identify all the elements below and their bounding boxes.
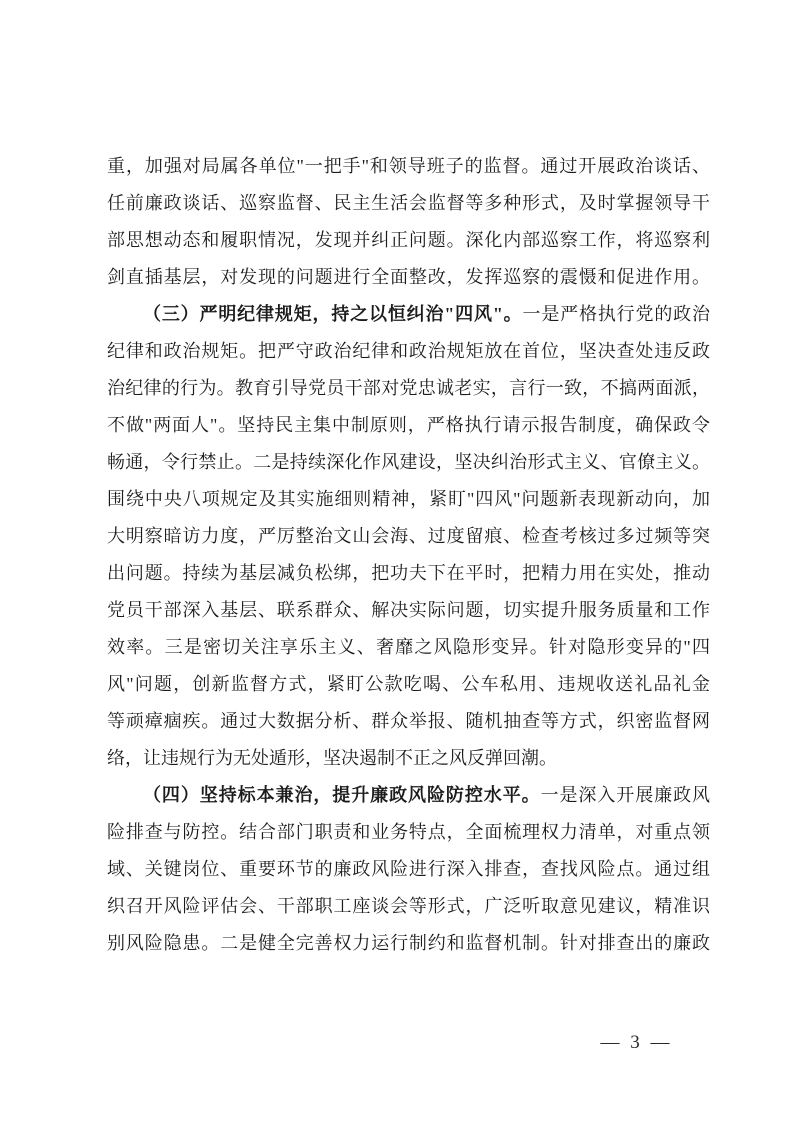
text-line: 重，加强对局属各单位"一把手"和领导班子的监督。通过开展政治谈话、 — [107, 148, 710, 185]
text-line: 任前廉政谈话、巡察监督、民主生活会监督等多种形式，及时掌握领导干 — [107, 185, 710, 222]
text-line: 风"问题，创新监督方式，紧盯公款吃喝、公车私用、违规收送礼品礼金 — [107, 666, 710, 703]
text-line: 党员干部深入基层、联系群众、解决实际问题，切实提升服务质量和工作 — [107, 592, 710, 629]
section-heading: （四）坚持标本兼治，提升廉政风险防控水平。 — [143, 785, 541, 805]
section-heading: （三）严明纪律规矩，持之以恒纠治"四风"。 — [143, 304, 523, 324]
text-line: 域、关键岗位、重要环节的廉政风险进行深入排查，查找风险点。通过组 — [107, 851, 710, 888]
text-line: 络，让违规行为无处遁形，坚决遏制不正之风反弹回潮。 — [107, 740, 710, 777]
document-body: 重，加强对局属各单位"一把手"和领导班子的监督。通过开展政治谈话、 任前廉政谈话… — [107, 148, 710, 962]
heading-line-rest: 一是深入开展廉政风 — [541, 785, 710, 805]
text-line: 畅通，令行禁止。二是持续深化作风建设，坚决纠治形式主义、官僚主义。 — [107, 444, 710, 481]
text-line: 剑直插基层，对发现的问题进行全面整改，发挥巡察的震慑和促进作用。 — [107, 259, 710, 296]
text-line: 险排查与防控。结合部门职责和业务特点，全面梳理权力清单，对重点领 — [107, 814, 710, 851]
text-line: 围绕中央八项规定及其实施细则精神，紧盯"四风"问题新表现新动向，加 — [107, 481, 710, 518]
document-page: 重，加强对局属各单位"一把手"和领导班子的监督。通过开展政治谈话、 任前廉政谈话… — [0, 0, 793, 1122]
heading-line-rest: 一是严格执行党的政治 — [523, 304, 711, 324]
text-line: 大明察暗访力度，严厉整治文山会海、过度留痕、检查考核过多过频等突 — [107, 518, 710, 555]
text-line: 部思想动态和履职情况，发现并纠正问题。深化内部巡察工作，将巡察利 — [107, 222, 710, 259]
text-line: 出问题。持续为基层减负松绑，把功夫下在平时，把精力用在实处，推动 — [107, 555, 710, 592]
text-line: （四）坚持标本兼治，提升廉政风险防控水平。一是深入开展廉政风 — [107, 777, 710, 814]
page-number: — 3 — — [575, 1029, 695, 1057]
text-line: 别风险隐患。二是健全完善权力运行制约和监督机制。针对排查出的廉政 — [107, 925, 710, 962]
text-line: 效率。三是密切关注享乐主义、奢靡之风隐形变异。针对隐形变异的"四 — [107, 629, 710, 666]
text-line: 不做"两面人"。坚持民主集中制原则，严格执行请示报告制度，确保政令 — [107, 407, 710, 444]
text-line: 治纪律的行为。教育引导党员干部对党忠诚老实，言行一致，不搞两面派， — [107, 370, 710, 407]
text-line: 纪律和政治规矩。把严守政治纪律和政治规矩放在首位，坚决查处违反政 — [107, 333, 710, 370]
text-line: 等顽瘴痼疾。通过大数据分析、群众举报、随机抽查等方式，织密监督网 — [107, 703, 710, 740]
text-line: 织召开风险评估会、干部职工座谈会等形式，广泛听取意见建议，精准识 — [107, 888, 710, 925]
text-line: （三）严明纪律规矩，持之以恒纠治"四风"。一是严格执行党的政治 — [107, 296, 710, 333]
